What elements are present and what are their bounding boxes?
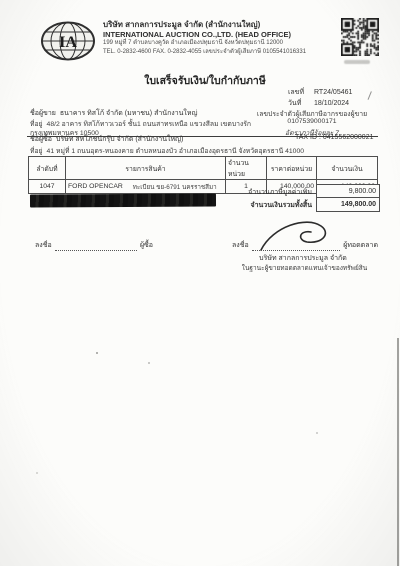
document-title: ใบเสร็จรับเงิน/ใบกำกับภาษี xyxy=(100,72,310,89)
sign-label-left: ลงชื่อ xyxy=(35,240,52,251)
receipt-number-value: RT24/05461 xyxy=(314,89,352,96)
company-name-th: บริษัท สากลการประมูล จำกัด (สำนักงานใหญ่… xyxy=(103,20,343,30)
svg-text:IA: IA xyxy=(59,34,77,51)
item-index: 1047 xyxy=(29,180,66,193)
redaction-bar xyxy=(30,194,216,208)
company-address: 199 หมู่ที่ 7 ตำบลบางคูวัด อำเภอเมืองปทุ… xyxy=(103,40,324,47)
company-contact: TEL. 0-2832-4600 FAX. 0-2832-4055 เลขประ… xyxy=(103,48,324,55)
receipt-number-row: เลขที่RT24/05461 xyxy=(288,87,352,98)
auctioneer-role-label: ผู้ทอดตลาด xyxy=(343,240,378,251)
qr-code xyxy=(341,18,379,56)
buyer-signature-row: ลงชื่อ ผู้ซื้อ xyxy=(35,240,153,251)
company-header: บริษัท สากลการประมูล จำกัด (สำนักงานใหญ่… xyxy=(103,20,343,56)
auction-company-role-line: ในฐานะผู้ขายทอดตลาดแทนเจ้าของทรัพย์สิน xyxy=(222,263,387,273)
handwritten-mark xyxy=(368,91,377,102)
buyer-name-label: ชื่อผู้ซื้อ xyxy=(30,136,52,143)
buyer-address-row: ที่อยู่41 หมู่ที่ 1 ถนนอุดร-หนองคาย ตำบล… xyxy=(30,145,304,156)
item-description-main: FORD OPENCAR xyxy=(68,183,123,190)
col-header-unit-price: ราคาต่อหน่วย xyxy=(267,157,317,180)
buyer-tax-id: TAX ID : 0415562000021 xyxy=(295,134,373,141)
receipt-date-value: 18/10/2024 xyxy=(314,100,349,107)
seller-tax-id: 0107539000171 xyxy=(242,118,382,125)
company-name-en: INTERNATIONAL AUCTION CO.,LTD. (HEAD OFF… xyxy=(103,30,343,39)
company-globe-logo-icon: IA xyxy=(40,20,96,62)
seller-name-label: ชื่อผู้ขาย xyxy=(30,110,56,117)
col-header-amount: จำนวนเงิน xyxy=(317,157,377,180)
buyer-name: บริษัท สหโภชน์กรุ๊ป จำกัด (สำนักงานใหญ่) xyxy=(56,136,183,143)
vat-amount: 9,800.00 xyxy=(316,184,380,198)
col-header-index: ลำดับที่ xyxy=(29,157,66,180)
scan-smudge xyxy=(344,60,370,64)
buyer-role-label: ผู้ซื้อ xyxy=(140,240,153,251)
buyer-address-label: ที่อยู่ xyxy=(30,148,43,155)
receipt-number-label: เลขที่ xyxy=(288,87,314,98)
auctioneer-signature-line xyxy=(252,242,341,251)
scan-edge-artifact xyxy=(397,338,399,566)
scan-specks xyxy=(96,352,98,354)
sign-label-right: ลงชื่อ xyxy=(232,240,249,251)
receipt-document: IA บริษัท สากลการประมูล จำกัด (สำนักงานใ… xyxy=(0,0,400,566)
seller-name: ธนาคาร ทิสโก้ จำกัด (มหาชน) สำนักงานใหญ่ xyxy=(60,110,198,117)
buyer-signature-line xyxy=(55,242,137,251)
col-header-description: รายการสินค้า xyxy=(66,157,226,180)
buyer-name-row: ชื่อผู้ซื้อบริษัท สหโภชน์กรุ๊ป จำกัด (สำ… xyxy=(30,134,183,145)
col-header-qty: จำนวนหน่วย xyxy=(226,157,267,180)
grand-total-amount: 149,800.00 xyxy=(316,197,380,212)
buyer-address: 41 หมู่ที่ 1 ถนนอุดร-หนองคาย ตำบลหนองบัว… xyxy=(47,148,304,155)
auctioneer-signature-row: ลงชื่อ ผู้ทอดตลาด xyxy=(232,240,378,251)
